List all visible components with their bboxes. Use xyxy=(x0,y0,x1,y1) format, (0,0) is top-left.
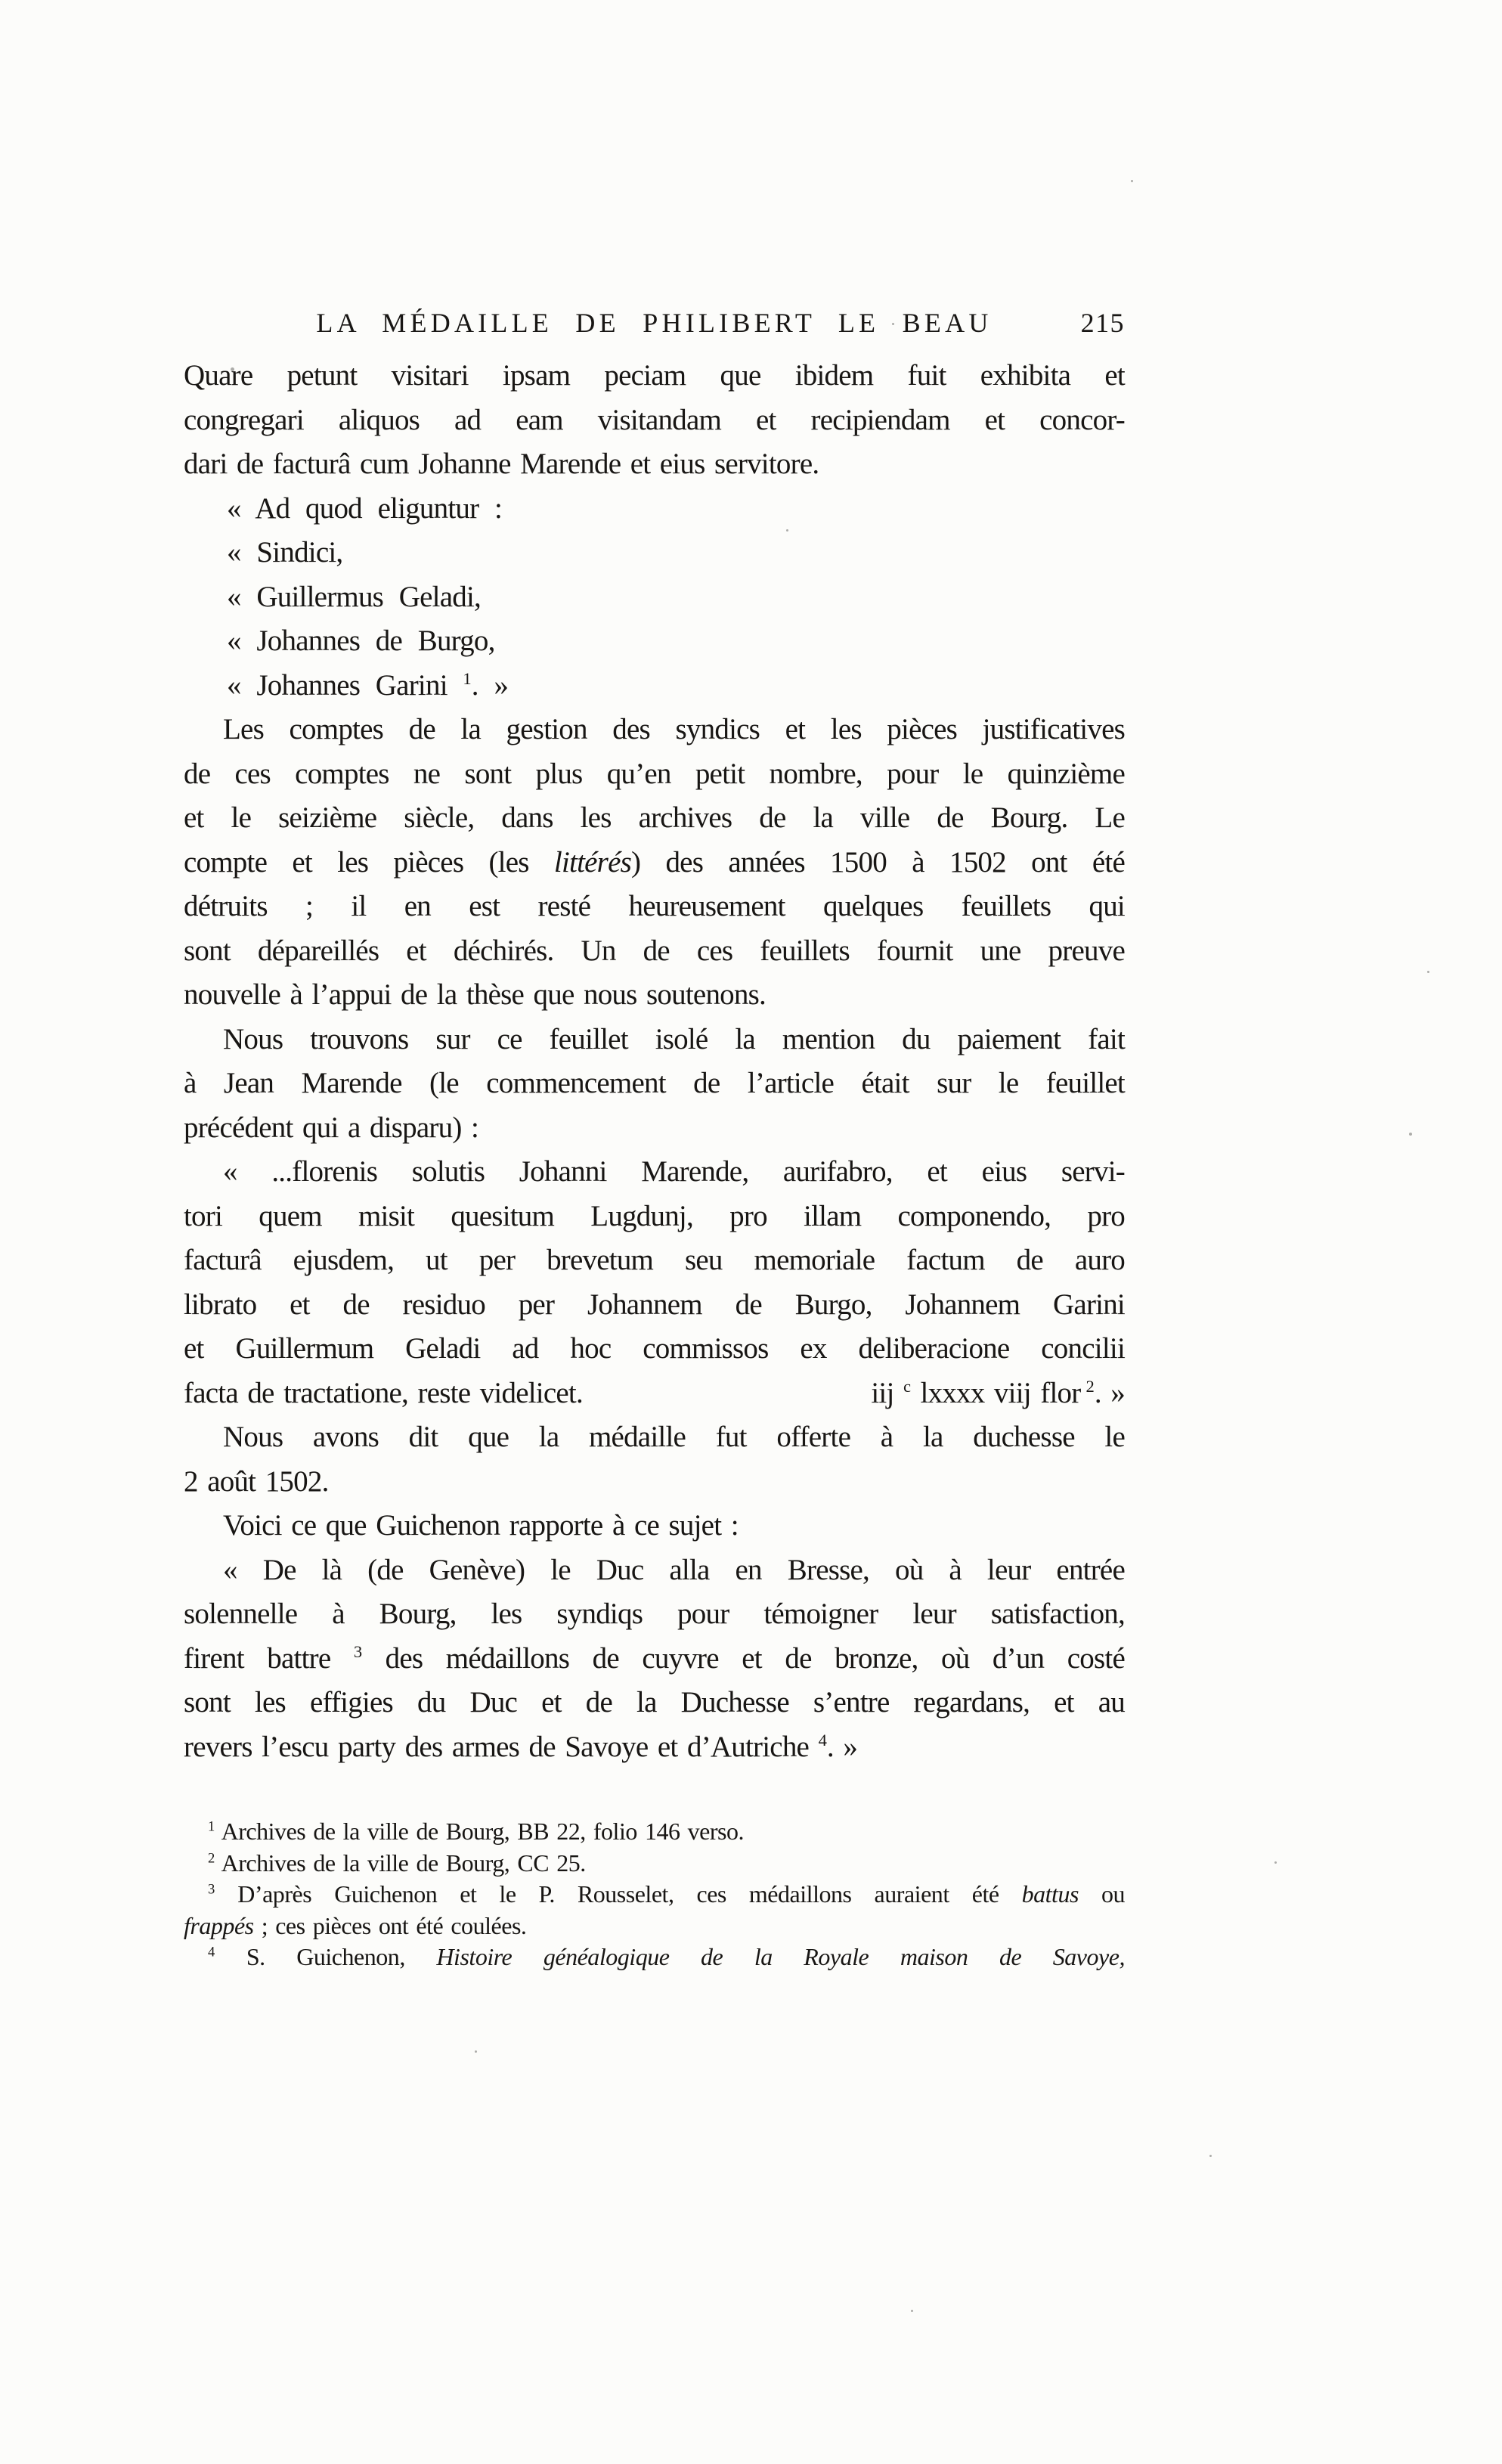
text-line: et Guillermum Geladi ad hoc commissos ex… xyxy=(184,1327,1125,1371)
text-line: précédent qui a disparu) : xyxy=(184,1106,1125,1151)
text-line: sont les effigies du Duc et de la Duches… xyxy=(184,1681,1125,1725)
text-line: Les comptes de la gestion des syndics et… xyxy=(184,708,1125,752)
text-line: 3 D’après Guichenon et le P. Rousselet, … xyxy=(184,1879,1125,1911)
text-line: « De là (de Genève) le Duc alla en Bress… xyxy=(184,1548,1125,1593)
text-line: facta de tractatione, reste videlicet.ii… xyxy=(184,1371,1125,1416)
text-line: 2 Archives de la ville de Bourg, CC 25. xyxy=(184,1848,1125,1880)
scan-speckle xyxy=(786,529,788,532)
scan-speckle xyxy=(911,2310,913,2312)
text-line: nouvelle à l’appui de la thèse que nous … xyxy=(184,973,1125,1018)
text-line: frappés ; ces pièces ont été coulées. xyxy=(184,1911,1125,1942)
text-line: sont dépareillés et déchirés. Un de ces … xyxy=(184,929,1125,974)
text-line: 1 Archives de la ville de Bourg, BB 22, … xyxy=(184,1816,1125,1848)
text-line: firent battre 3 des médaillons de cuyvre… xyxy=(184,1637,1125,1681)
scan-speckle xyxy=(475,2050,477,2053)
scanned-book-page: LA MÉDAILLE DE PHILIBERT LE BEAU 215 Qua… xyxy=(0,0,1502,2464)
scan-speckle xyxy=(1427,971,1429,973)
scan-speckle xyxy=(1131,180,1133,182)
text-line: congregari aliquos ad eam visitandam et … xyxy=(184,398,1125,443)
body-text: Quare petunt visitari ipsam peciam que i… xyxy=(184,354,1125,1769)
scan-speckle xyxy=(1274,1861,1277,1864)
text-line: compte et les pièces (les littérés) des … xyxy=(184,841,1125,885)
text-line: revers l’escu party des armes de Savoye … xyxy=(184,1725,1125,1770)
text-line: dari de facturâ cum Johanne Marende et e… xyxy=(184,442,1125,487)
text-line: solennelle à Bourg, les syndiqs pour tém… xyxy=(184,1592,1125,1637)
text-line: Nous avons dit que la médaille fut offer… xyxy=(184,1415,1125,1460)
page-title: LA MÉDAILLE DE PHILIBERT LE BEAU xyxy=(184,305,1125,340)
scan-speckle xyxy=(1409,1133,1412,1136)
text-line: Quare petunt visitari ipsam peciam que i… xyxy=(184,354,1125,398)
text-line: tori quem misit quesitum Lugdunj, pro il… xyxy=(184,1195,1125,1239)
page-header: LA MÉDAILLE DE PHILIBERT LE BEAU 215 xyxy=(184,305,1125,345)
text-line: « Johannes Garini 1. » xyxy=(184,664,1125,708)
scan-speckle xyxy=(1209,2155,1212,2157)
text-line: à Jean Marende (le commencement de l’art… xyxy=(184,1062,1125,1106)
scan-speckle xyxy=(892,323,894,325)
text-line: librato et de residuo per Johannem de Bu… xyxy=(184,1283,1125,1328)
text-line: « Guillermus Geladi, xyxy=(184,575,1125,620)
text-line: de ces comptes ne sont plus qu’en petit … xyxy=(184,752,1125,797)
text-line: Nous trouvons sur ce feuillet isolé la m… xyxy=(184,1018,1125,1062)
text-line: 4 S. Guichenon, Histoire généalogique de… xyxy=(184,1942,1125,1973)
page-number: 215 xyxy=(1081,305,1125,340)
text-line: « Johannes de Burgo, xyxy=(184,619,1125,664)
text-line: « Ad quod eliguntur : xyxy=(184,487,1125,532)
text-line: détruits ; il en est resté heureusement … xyxy=(184,885,1125,929)
text-line: « Sindici, xyxy=(184,531,1125,575)
text-line: et le seizième siècle, dans les archives… xyxy=(184,796,1125,841)
text-line: Voici ce que Guichenon rapporte à ce suj… xyxy=(184,1504,1125,1548)
text-line: 2 août 1502. xyxy=(184,1460,1125,1505)
text-line: facturâ ejusdem, ut per brevetum seu mem… xyxy=(184,1238,1125,1283)
text-line: « ...florenis solutis Johanni Marende, a… xyxy=(184,1150,1125,1195)
scan-speckle xyxy=(231,367,234,371)
footnotes: 1 Archives de la ville de Bourg, BB 22, … xyxy=(184,1816,1125,1973)
